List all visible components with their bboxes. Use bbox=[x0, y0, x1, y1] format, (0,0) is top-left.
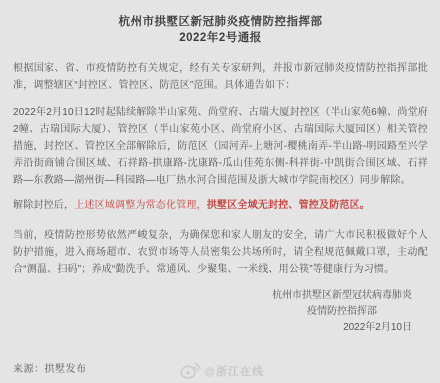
signature-org-line1: 杭州市拱墅区新型冠状病毒肺炎 bbox=[272, 288, 412, 304]
signature-org-line2: 疫情防控指挥部 bbox=[272, 304, 412, 320]
source-label: 来源：拱墅发布 bbox=[13, 360, 87, 375]
notice-paragraph-advice: 当前，疫情防控形势依然严峻复杂，为确保您和家人朋友的安全，请广大市民积极做好个人… bbox=[13, 227, 428, 278]
signature-date: 2022年2月10日 bbox=[272, 320, 412, 336]
notice-paragraph-highlight: 解除封控后，上述区域调整为常态化管理，拱墅区全域无封控、管控及防范区。 bbox=[13, 197, 428, 214]
notice-title-line2: 2022年2号通报 bbox=[13, 30, 428, 46]
notice-page: 杭州市拱墅区新冠肺炎疫情防控指挥部 2022年2号通报 根据国家、省、市疫情防控… bbox=[0, 0, 440, 383]
weibo-watermark: @浙江在线 bbox=[179, 361, 264, 380]
signature-block: 杭州市拱墅区新型冠状病毒肺炎 疫情防控指挥部 2022年2月10日 bbox=[272, 288, 412, 336]
highlight-prefix-text: 解除封控后， bbox=[13, 200, 74, 211]
highlight-red-bold-text: 拱墅区全域无封控、管控及防范区。 bbox=[207, 200, 370, 211]
notice-paragraph-lifting-details: 2022年2月10日12时起陆续解除半山家苑、尚堂府、古瑞大厦封控区（半山家苑6… bbox=[13, 104, 428, 189]
watermark-handle-text: @浙江在线 bbox=[204, 363, 264, 379]
notice-paragraph-intro: 根据国家、省、市疫情防控有关规定，经有关专家研判，并报市新冠肺炎疫情防控指挥部批… bbox=[13, 60, 428, 94]
weibo-logo-icon bbox=[179, 361, 201, 380]
highlight-red-text: 上述区域调整为常态化管理， bbox=[74, 200, 207, 211]
notice-title-line1: 杭州市拱墅区新冠肺炎疫情防控指挥部 bbox=[13, 14, 428, 30]
